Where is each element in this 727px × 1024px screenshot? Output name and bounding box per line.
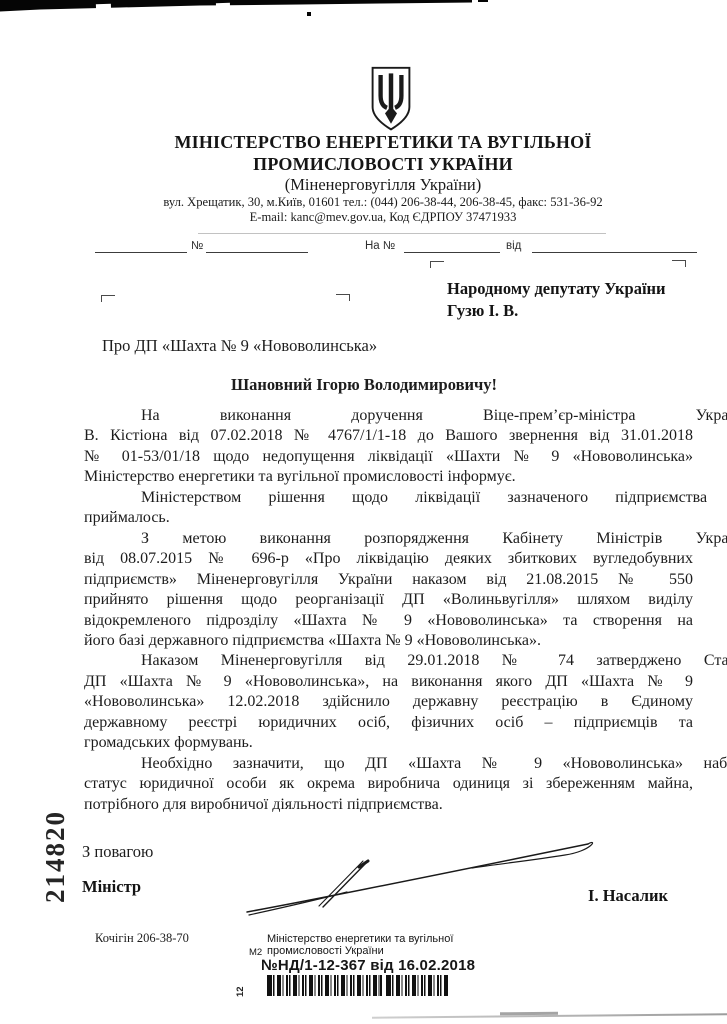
stamp-org-line1: Міністерство енергетики та вугільної xyxy=(267,933,453,945)
body-line: відокремленого підрозділу «Шахта № 9 «Но… xyxy=(84,611,693,631)
stamp-registration-line: №НД/1-12-367 від 16.02.2018 xyxy=(261,957,475,974)
incoming-number-label: На № xyxy=(365,240,395,252)
regards-line: З повагою xyxy=(82,842,153,862)
subject-line: Про ДП «Шахта № 9 «Нововолинська» xyxy=(102,336,377,356)
reference-row: № На № від xyxy=(0,240,727,254)
body-line: громадських формувань. xyxy=(84,733,693,753)
corner-bracket-icon xyxy=(672,260,686,267)
ministry-short-name: (Міненерговугілля України) xyxy=(0,175,727,195)
ukraine-trident-emblem-icon xyxy=(367,64,415,134)
letter-body: На виконання доручення Віце-прем’єр-міні… xyxy=(84,406,693,815)
outgoing-number-blank xyxy=(206,240,308,253)
recipient-line1: Народному депутату України xyxy=(447,278,666,300)
body-line: його базі державного підприємства «Шахта… xyxy=(84,631,693,651)
body-line: Необхідно зазначити, що ДП «Шахта № 9 «Н… xyxy=(84,754,727,774)
scanned-letter-page: МІНІСТЕРСТВО ЕНЕРГЕТИКИ ТА ВУГІЛЬНОЇ ПРО… xyxy=(0,0,727,1024)
incoming-date-blank xyxy=(532,240,697,253)
corner-bracket-icon xyxy=(336,294,350,301)
body-line: З метою виконання розпорядження Кабінету… xyxy=(84,529,727,549)
body-line: На виконання доручення Віце-прем’єр-міні… xyxy=(84,406,727,426)
incoming-date-label: від xyxy=(506,240,521,252)
body-line: № 01-53/01/18 щодо недопущення ліквідаці… xyxy=(84,447,693,467)
stamp-org-line2: промисловості України xyxy=(267,945,384,957)
scan-edge-bottom-artifact xyxy=(500,1012,558,1016)
barcode-side-number: 12 xyxy=(235,977,251,997)
corner-bracket-icon xyxy=(430,261,444,268)
body-line: В. Кістіона від 07.02.2018 № 4767/1/1-18… xyxy=(84,426,693,446)
body-line: державному реєстрі юридичних осіб, фізич… xyxy=(84,713,693,733)
body-line: статус юридичної особи як окрема виробни… xyxy=(84,774,693,794)
body-line: Міністерством рішення щодо ліквідації за… xyxy=(84,488,727,508)
body-line: від 08.07.2015 № 696-р «Про ліквідацію д… xyxy=(84,549,693,569)
corner-bracket-icon xyxy=(101,295,115,302)
body-line: Міністерство енергетики та вугільної про… xyxy=(84,467,693,487)
minister-signature xyxy=(235,835,615,925)
body-line: приймалось. xyxy=(84,508,693,528)
incoming-number-blank xyxy=(404,240,500,253)
scan-edge-top-artifact xyxy=(0,0,500,18)
salutation: Шановний Ігорю Володимировичу! xyxy=(60,375,668,395)
executor-line: Кочігін 206-38-70 xyxy=(95,931,189,946)
ministry-name-line1: МІНІСТЕРСТВО ЕНЕРГЕТИКИ ТА ВУГІЛЬНОЇ xyxy=(0,131,727,153)
signer-title: Міністр xyxy=(82,877,141,897)
ministry-email-line: E-mail: kanc@mev.gov.ua, Код ЄДРПОУ 3747… xyxy=(0,210,727,225)
recipient-block: Народному депутату України Гузю І. В. xyxy=(447,278,666,321)
ministry-name-line2: ПРОМИСЛОВОСТІ УКРАЇНИ xyxy=(0,153,727,175)
barcode xyxy=(386,975,448,996)
body-line: ДП «Шахта № 9 «Нововолинська», на викона… xyxy=(84,672,693,692)
body-line: потрібного для виробничої діяльності під… xyxy=(84,795,693,815)
body-line: «Нововолинська» 12.02.2018 здійснило дер… xyxy=(84,692,693,712)
body-line: Наказом Міненерговугілля від 29.01.2018 … xyxy=(84,651,727,671)
fold-line-artifact xyxy=(198,233,606,234)
side-stamp-number: 214820 xyxy=(40,810,71,903)
outgoing-number-label: № xyxy=(191,240,203,252)
outgoing-date-blank xyxy=(95,240,187,253)
recipient-line2: Гузю І. В. xyxy=(447,300,666,322)
body-line: прийнято рішення щодо реорганізації ДП «… xyxy=(84,590,693,610)
ministry-address: вул. Хрещатик, 30, м.Київ, 01601 тел.: (… xyxy=(0,195,727,210)
body-line: підприємств» Міненерговугілля України на… xyxy=(84,570,693,590)
barcode xyxy=(267,975,382,996)
